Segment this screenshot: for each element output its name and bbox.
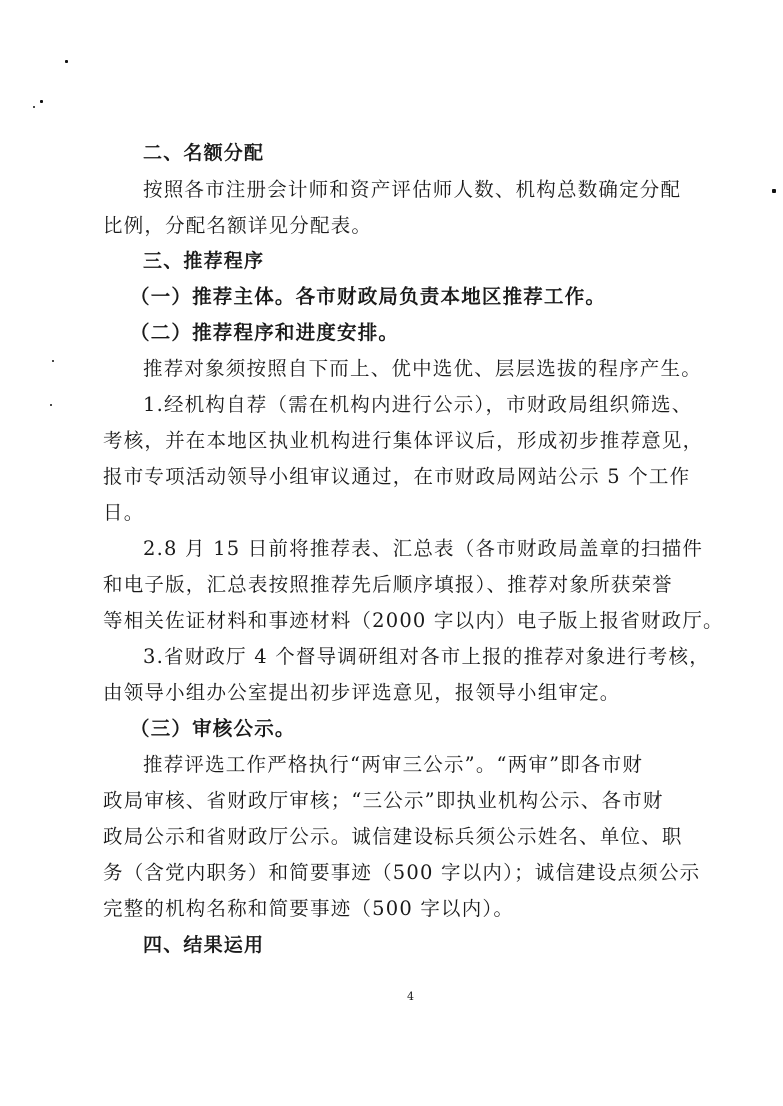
paragraph-line: 务（含党内职务）和简要事迹（500 字以内）；诚信建设点须公示 xyxy=(103,860,683,886)
subsection-heading-subject: （一）推荐主体。各市财政局负责本地区推荐工作。 xyxy=(130,284,710,310)
scan-speck xyxy=(772,189,776,193)
paragraph-line: 和电子版，汇总表按照推荐先后顺序填报）、推荐对象所获荣誉 xyxy=(103,572,683,598)
paragraph-line: 推荐评选工作严格执行“两审三公示”。“两审”即各市财 xyxy=(143,752,723,778)
paragraph-line: 等相关佐证材料和事迹材料（2000 字以内）电子版上报省财政厅。 xyxy=(103,608,683,634)
scan-speck xyxy=(65,60,68,63)
scan-speck xyxy=(50,404,52,406)
paragraph-line: 政局公示和省财政厅公示。诚信建设标兵须公示姓名、单位、职 xyxy=(103,824,683,850)
paragraph-line: 1.经机构自荐（需在机构内进行公示），市财政局组织筛选、 xyxy=(143,392,723,418)
subsection-heading-review: （三）审核公示。 xyxy=(130,716,710,742)
paragraph-line: 考核，并在本地区执业机构进行集体评议后，形成初步推荐意见， xyxy=(103,428,683,454)
paragraph-line: 按照各市注册会计师和资产评估师人数、机构总数确定分配 xyxy=(143,177,683,203)
paragraph-line: 政局审核、省财政厅审核；“三公示”即执业机构公示、各市财 xyxy=(103,788,683,814)
paragraph-line: 报市专项活动领导小组审议通过，在市财政局网站公示 5 个工作 xyxy=(103,464,683,490)
section-heading-procedure: 三、推荐程序 xyxy=(143,248,723,274)
scan-speck xyxy=(52,360,54,362)
page-number: 4 xyxy=(407,990,414,1003)
scan-speck xyxy=(33,106,35,108)
paragraph-line: 比例，分配名额详见分配表。 xyxy=(103,213,683,239)
subsection-heading-schedule: （二）推荐程序和进度安排。 xyxy=(130,320,710,346)
section-heading-quota: 二、名额分配 xyxy=(143,140,723,166)
paragraph-line: 日。 xyxy=(103,500,683,526)
paragraph-line: 完整的机构名称和简要事迹（500 字以内）。 xyxy=(103,896,683,922)
paragraph-line: 3.省财政厅 4 个督导调研组对各市上报的推荐对象进行考核， xyxy=(143,644,723,670)
paragraph-line: 由领导小组办公室提出初步评选意见，报领导小组审定。 xyxy=(103,680,683,706)
section-heading-results: 四、结果运用 xyxy=(143,932,723,958)
paragraph-line: 2.8 月 15 日前将推荐表、汇总表（各市财政局盖章的扫描件 xyxy=(143,536,723,562)
scan-speck xyxy=(40,100,43,103)
document-page: 二、名额分配 按照各市注册会计师和资产评估师人数、机构总数确定分配 比例，分配名… xyxy=(0,0,783,1106)
paragraph-line: 推荐对象须按照自下而上、优中选优、层层选拔的程序产生。 xyxy=(143,356,723,382)
